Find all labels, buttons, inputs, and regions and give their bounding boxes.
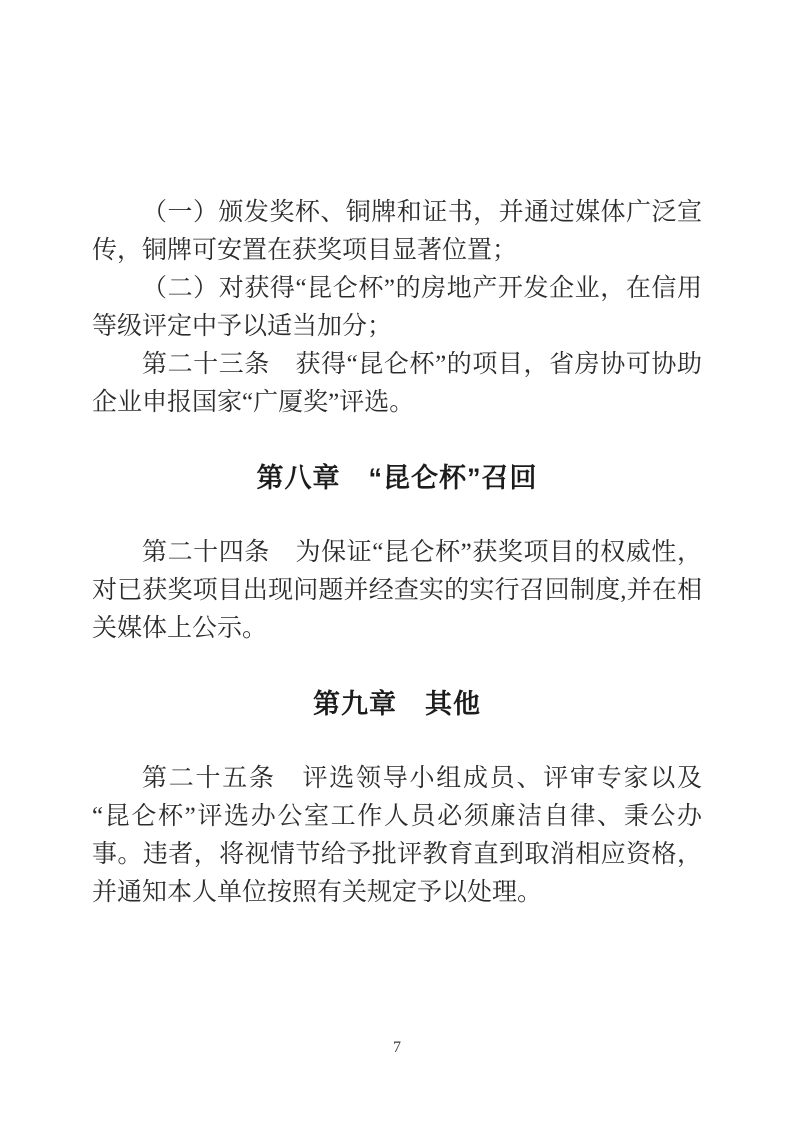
document-body: （一）颁发奖杯、铜牌和证书，并通过媒体广泛宣传，铜牌可安置在获奖项目显著位置； … — [92, 194, 702, 912]
article-24-paragraph: 第二十四条 为保证“昆仑杯”获奖项目的权威性，对已获奖项目出现问题并经查实的实行… — [92, 534, 702, 648]
chapter-9-heading: 第九章 其他 — [92, 685, 702, 723]
chapter-8-heading: 第八章 “昆仑杯”召回 — [92, 459, 702, 497]
page-number: 7 — [0, 1038, 794, 1058]
clause-item-2: （二）对获得“昆仑杯”的房地产开发企业，在信用等级评定中予以适当加分； — [92, 270, 702, 346]
clause-item-1: （一）颁发奖杯、铜牌和证书，并通过媒体广泛宣传，铜牌可安置在获奖项目显著位置； — [92, 194, 702, 270]
article-23-paragraph: 第二十三条 获得“昆仑杯”的项目，省房协可协助企业申报国家“广厦奖”评选。 — [92, 346, 702, 422]
document-page: （一）颁发奖杯、铜牌和证书，并通过媒体广泛宣传，铜牌可安置在获奖项目显著位置； … — [0, 0, 794, 1123]
article-25-paragraph: 第二十五条 评选领导小组成员、评审专家以及“昆仑杯”评选办公室工作人员必须廉洁自… — [92, 760, 702, 912]
